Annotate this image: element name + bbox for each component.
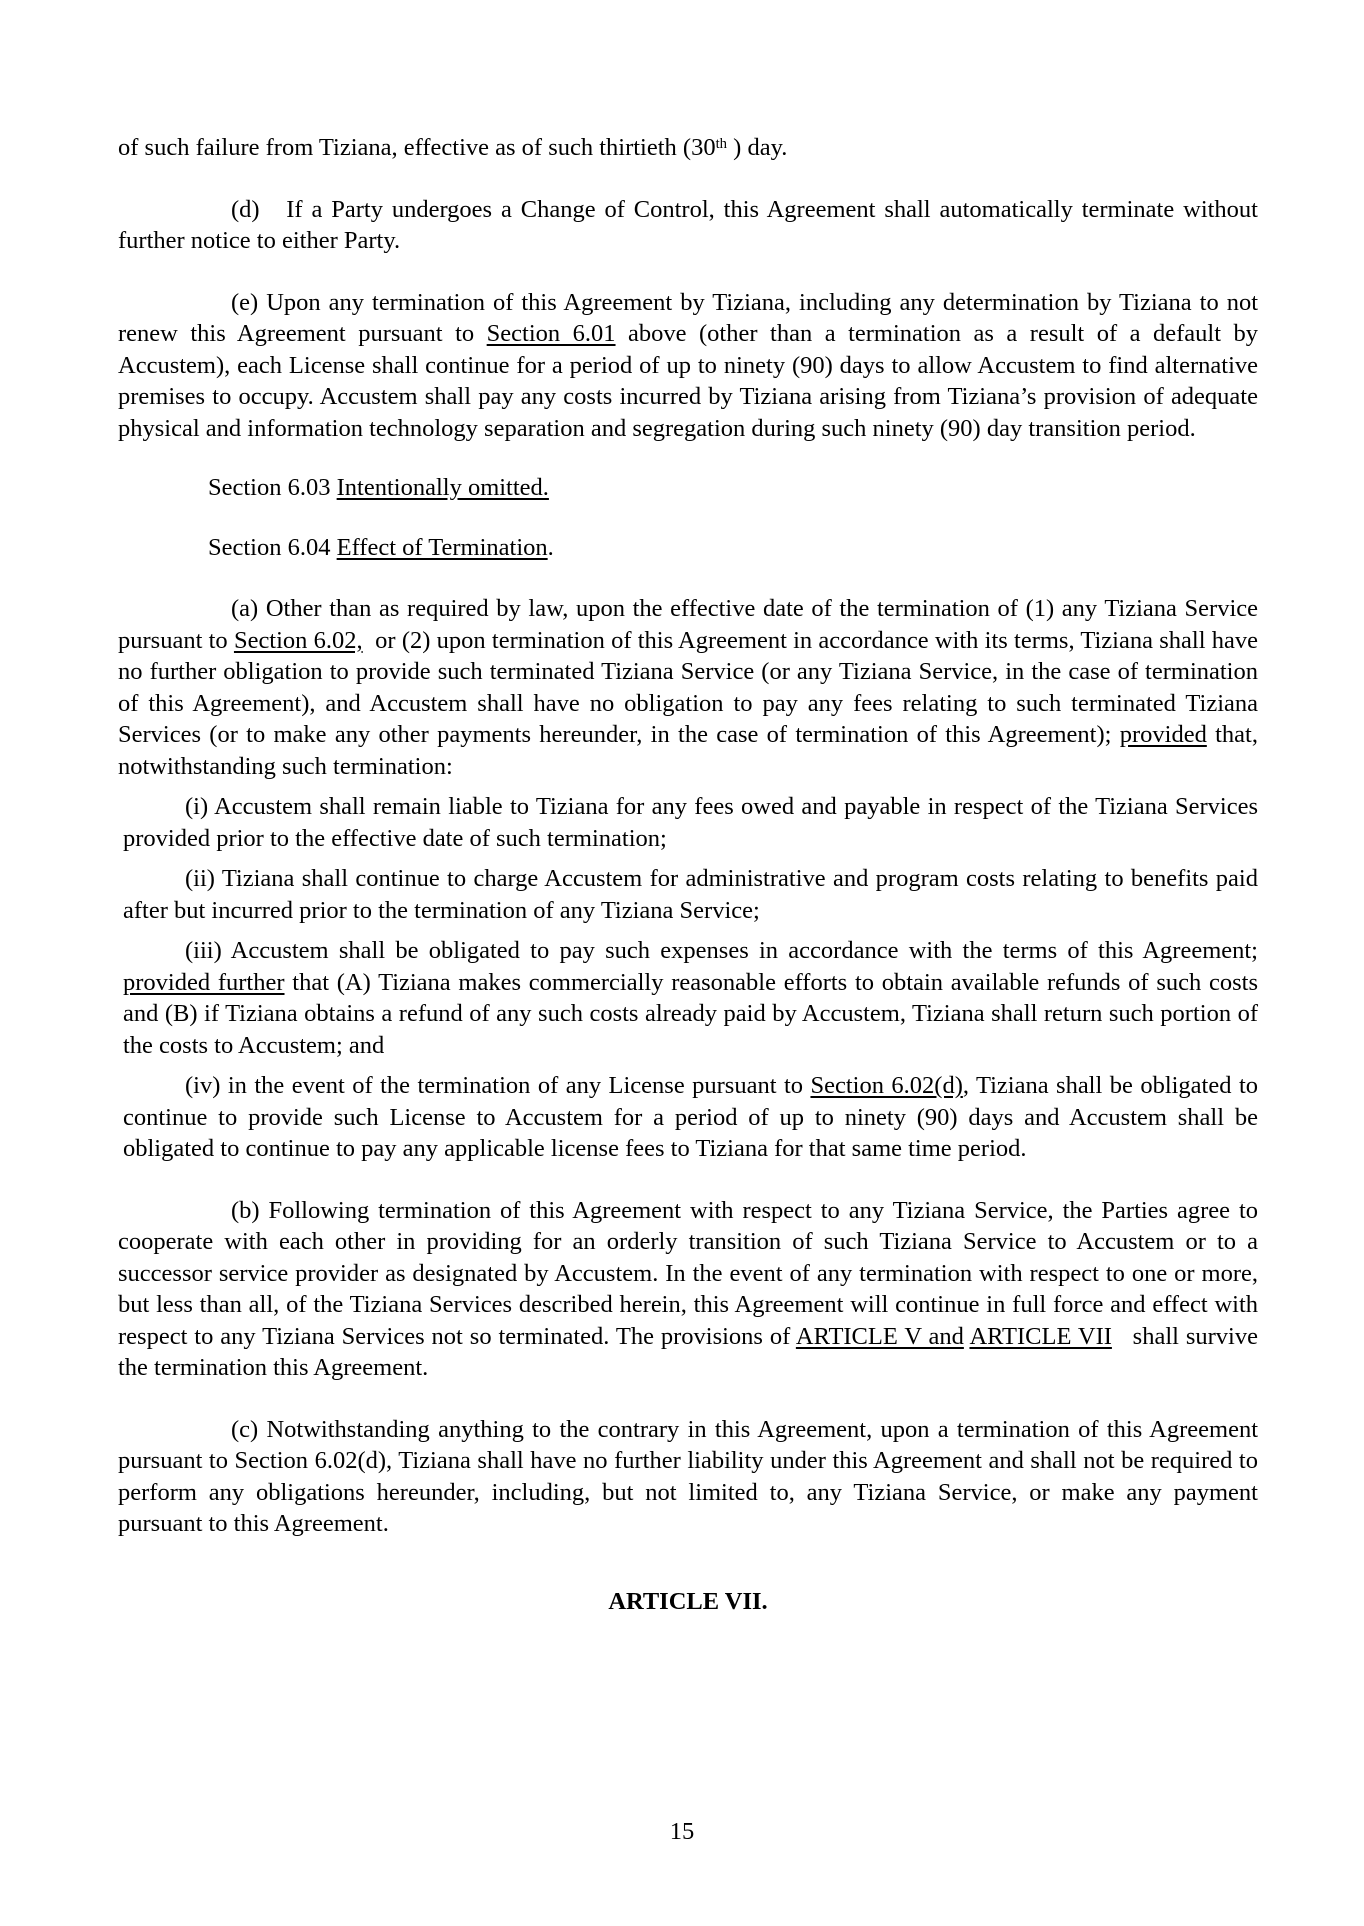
text-run: that (A) Tiziana makes commercially reas… bbox=[123, 969, 1258, 1059]
section-6-03: Section 6.03 Intentionally omitted. bbox=[118, 472, 1258, 504]
item-iii: (iii) Accustem shall be obligated to pay… bbox=[123, 935, 1258, 1061]
item-i: (i) Accustem shall remain liable to Tizi… bbox=[123, 791, 1258, 854]
text-run: (iii) Accustem shall be obligated to pay… bbox=[185, 937, 1258, 964]
text-run: (ii) Tiziana shall continue to charge Ac… bbox=[123, 865, 1258, 924]
item-iv: (iv) in the event of the termination of … bbox=[123, 1070, 1258, 1165]
para-e: (e) Upon any termination of this Agreeme… bbox=[118, 287, 1258, 445]
underlined-text: ARTICLE V and bbox=[796, 1323, 964, 1350]
item-ii: (ii) Tiziana shall continue to charge Ac… bbox=[123, 863, 1258, 926]
document-page: of such failure from Tiziana, effective … bbox=[0, 0, 1364, 1926]
para-a: (a) Other than as required by law, upon … bbox=[118, 593, 1258, 782]
superscript-text: th bbox=[716, 136, 727, 152]
section-6-04: Section 6.04 Effect of Termination. bbox=[118, 532, 1258, 564]
text-run: (i) Accustem shall remain liable to Tizi… bbox=[123, 793, 1258, 852]
text-run: . bbox=[548, 534, 554, 561]
text-run: ) day. bbox=[727, 134, 787, 161]
text-run: (iv) in the event of the termination of … bbox=[185, 1072, 810, 1099]
para-b: (b) Following termination of this Agreem… bbox=[118, 1195, 1258, 1384]
underlined-text: Section 6.02, bbox=[234, 627, 363, 654]
para-continuation: of such failure from Tiziana, effective … bbox=[118, 132, 1258, 164]
underlined-text: Section 6.02(d) bbox=[810, 1072, 962, 1099]
document-body: of such failure from Tiziana, effective … bbox=[118, 132, 1258, 1617]
para-d: (d) If a Party undergoes a Change of Con… bbox=[118, 194, 1258, 257]
underlined-text: ARTICLE VII bbox=[969, 1323, 1111, 1350]
underlined-text: provided bbox=[1120, 721, 1207, 748]
text-run: of such failure from Tiziana, effective … bbox=[118, 134, 716, 161]
underlined-text: Section 6.01 bbox=[487, 320, 616, 347]
text-run: Section 6.03 bbox=[208, 474, 337, 501]
text-run: ARTICLE VII. bbox=[608, 1588, 767, 1615]
underlined-text: provided further bbox=[123, 969, 285, 996]
underlined-text: Effect of Termination bbox=[337, 534, 548, 561]
page-number: 15 bbox=[670, 1818, 695, 1845]
para-c: (c) Notwithstanding anything to the cont… bbox=[118, 1414, 1258, 1540]
page-footer: 15 bbox=[0, 1816, 1364, 1848]
text-run: Section 6.04 bbox=[208, 534, 337, 561]
text-run: (d) If a Party undergoes a Change of Con… bbox=[118, 196, 1258, 255]
underlined-text: Intentionally omitted. bbox=[337, 474, 549, 501]
article-vii-heading: ARTICLE VII. bbox=[118, 1586, 1258, 1618]
text-run: (c) Notwithstanding anything to the cont… bbox=[118, 1416, 1258, 1538]
